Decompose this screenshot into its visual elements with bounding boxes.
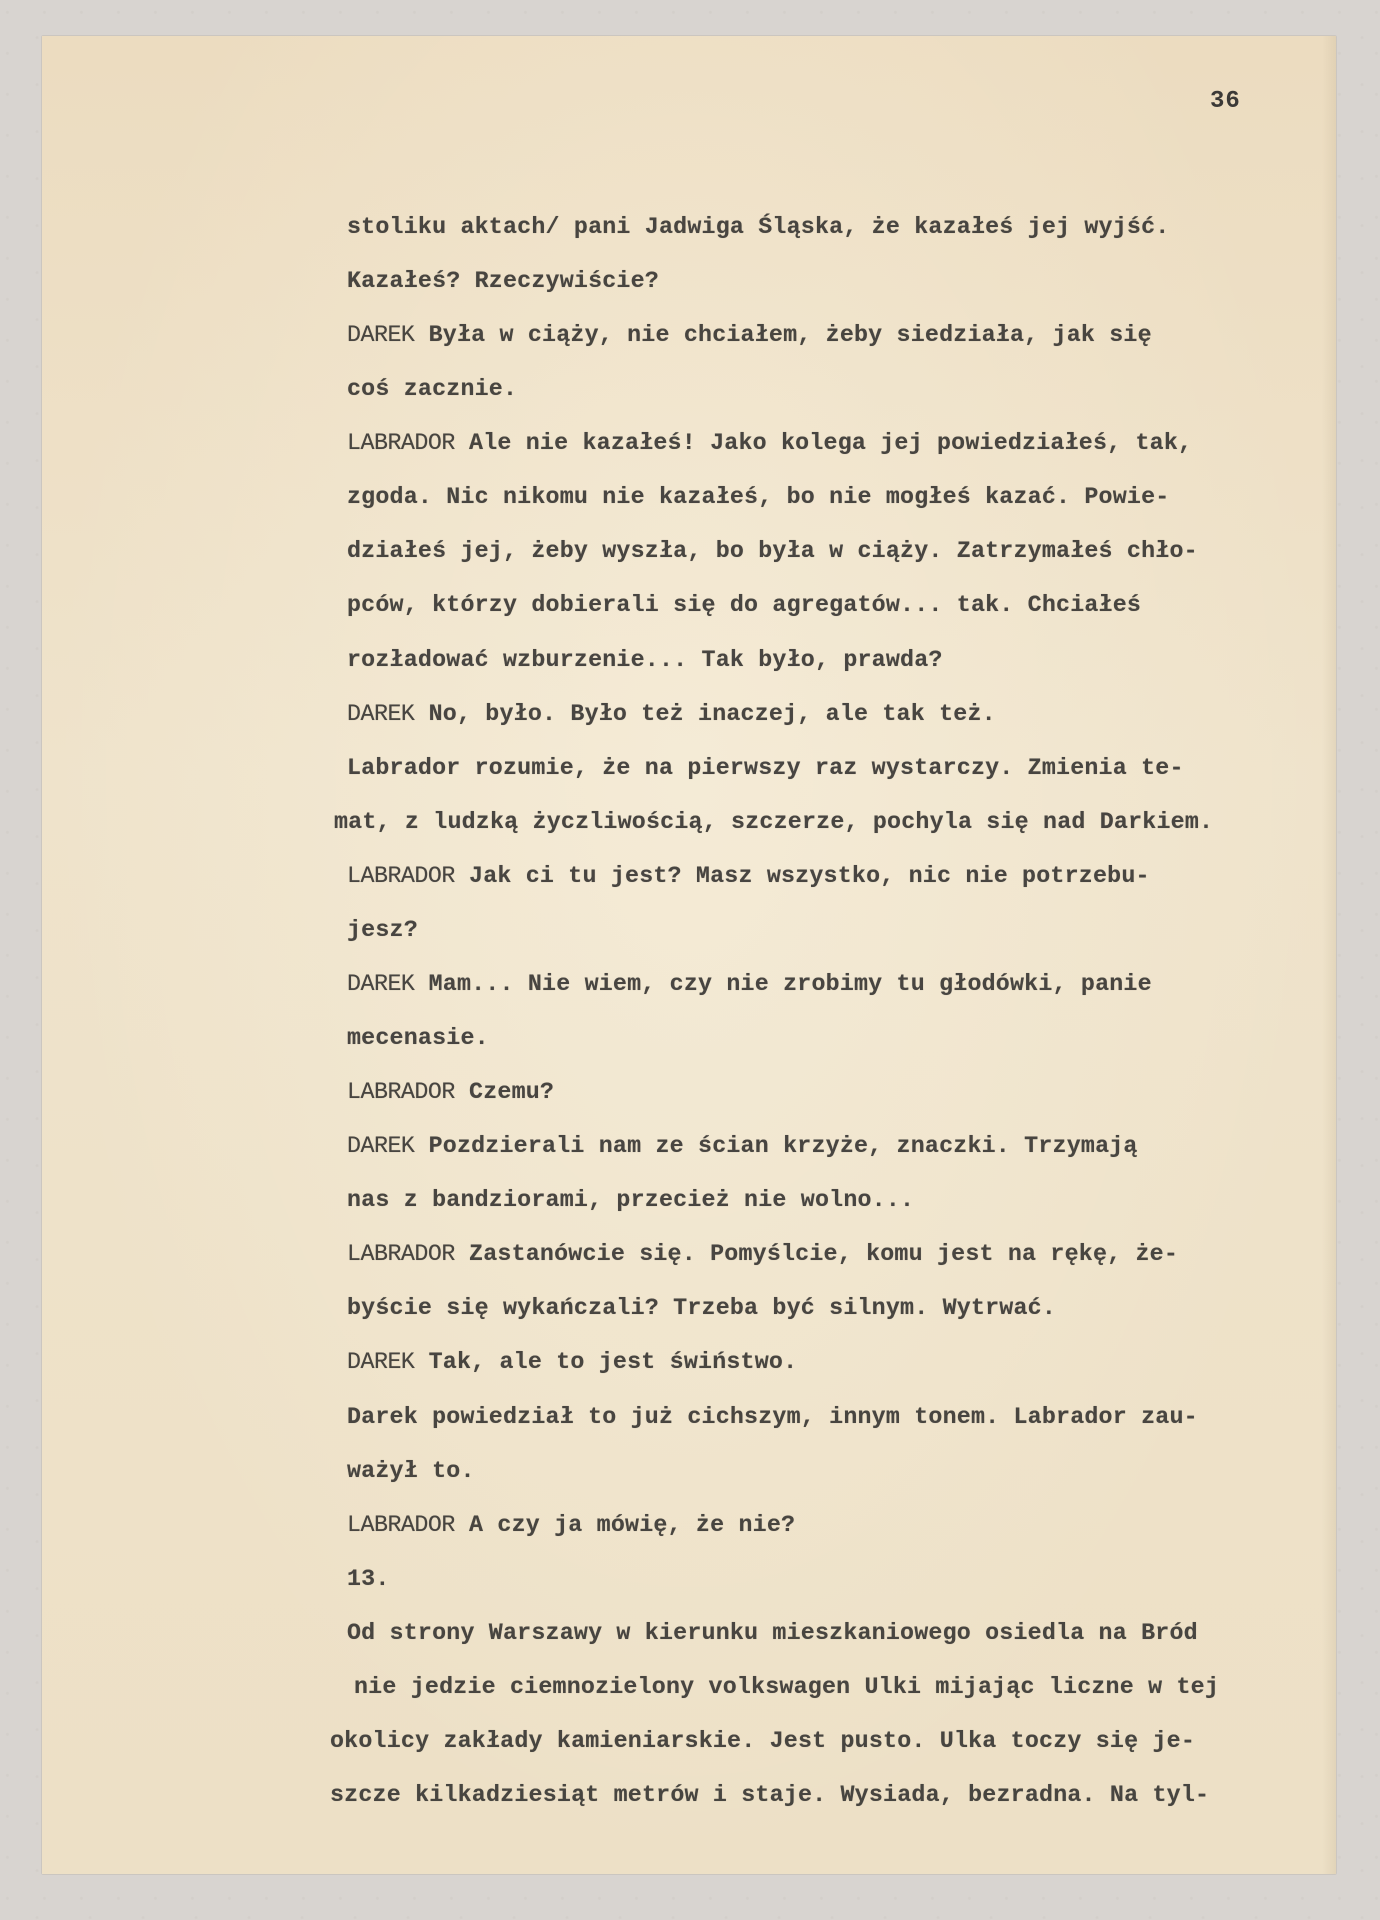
speaker-name: DAREK [347,1133,414,1159]
speaker-name: DAREK [347,1349,414,1375]
dialogue-line: LABRADOR Jak ci tu jest? Masz wszystko, … [347,863,1150,889]
line-text: Mam... Nie wiem, czy nie zrobimy tu głod… [414,971,1151,997]
text-line: zgoda. Nic nikomu nie kazałeś, bo nie mo… [347,484,1169,510]
line-text: Darek powiedział to już cichszym, innym … [347,1404,1198,1430]
text-line: Od strony Warszawy w kierunku mieszkanio… [347,1620,1198,1646]
dialogue-line: DAREK Tak, ale to jest świństwo. [347,1349,797,1375]
text-line: rozładować wzburzenie... Tak było, prawd… [347,647,943,673]
speaker-name: LABRADOR [347,1512,455,1538]
line-text: Była w ciąży, nie chciałem, żeby siedzia… [414,322,1151,348]
dialogue-line: LABRADOR Ale nie kazałeś! Jako kolega je… [347,430,1192,456]
line-text: Czemu? [455,1079,554,1105]
text-line: Darek powiedział to już cichszym, innym … [347,1404,1198,1430]
dialogue-line: DAREK No, było. Było też inaczej, ale ta… [347,701,996,727]
typewritten-page: 36 [42,36,1336,1874]
line-text: ważył to. [347,1458,475,1484]
line-text: Od strony Warszawy w kierunku mieszkanio… [347,1620,1198,1646]
line-text: działeś jej, żeby wyszła, bo była w ciąż… [347,538,1198,564]
text-line: 13. [347,1566,390,1592]
line-text: Jak ci tu jest? Masz wszystko, nic nie p… [455,863,1150,889]
line-text: stoliku aktach/ pani Jadwiga Śląska, że … [347,214,1169,240]
line-text: zgoda. Nic nikomu nie kazałeś, bo nie mo… [347,484,1169,510]
text-line: coś zacznie. [347,376,517,402]
dialogue-line: DAREK Pozdzierali nam ze ścian krzyże, z… [347,1133,1138,1159]
speaker-name: LABRADOR [347,863,455,889]
line-text: pców, którzy dobierali się do agregatów.… [347,592,1141,618]
dialogue-line: DAREK Była w ciąży, nie chciałem, żeby s… [347,322,1152,348]
text-line: pców, którzy dobierali się do agregatów.… [347,592,1141,618]
text-line: stoliku aktach/ pani Jadwiga Śląska, że … [347,214,1169,240]
speaker-name: LABRADOR [347,430,455,456]
text-line: nas z bandziorami, przecież nie wolno... [347,1187,914,1213]
dialogue-line: LABRADOR A czy ja mówię, że nie? [347,1512,795,1538]
text-line: działeś jej, żeby wyszła, bo była w ciąż… [347,538,1198,564]
text-line: szcze kilkadziesiąt metrów i staje. Wysi… [330,1782,1209,1808]
line-text: coś zacznie. [347,376,517,402]
line-text: szcze kilkadziesiąt metrów i staje. Wysi… [330,1782,1209,1808]
speaker-name: LABRADOR [347,1079,455,1105]
line-text: Kazałeś? Rzeczywiście? [347,268,659,294]
text-line: byście się wykańczali? Trzeba być silnym… [347,1295,1056,1321]
text-line: mecenasie. [347,1025,489,1051]
dialogue-line: LABRADOR Zastanówcie się. Pomyślcie, kom… [347,1241,1178,1267]
text-line: Labrador rozumie, że na pierwszy raz wys… [347,755,1184,781]
speaker-name: DAREK [347,322,414,348]
dialogue-line: DAREK Mam... Nie wiem, czy nie zrobimy t… [347,971,1152,997]
text-line: Kazałeś? Rzeczywiście? [347,268,659,294]
line-text: mat, z ludzką życzliwością, szczerze, po… [334,809,1213,835]
line-text: nas z bandziorami, przecież nie wolno... [347,1187,914,1213]
speaker-name: DAREK [347,701,414,727]
line-text: nie jedzie ciemnozielony volkswagen Ulki… [354,1674,1219,1700]
line-text: Zastanówcie się. Pomyślcie, komu jest na… [455,1241,1178,1267]
speaker-name: LABRADOR [347,1241,455,1267]
dialogue-line: LABRADOR Czemu? [347,1079,554,1105]
text-line: jesz? [347,917,418,943]
line-text: byście się wykańczali? Trzeba być silnym… [347,1295,1056,1321]
speaker-name: DAREK [347,971,414,997]
line-text: 13. [347,1566,390,1592]
line-text: jesz? [347,917,418,943]
line-text: Labrador rozumie, że na pierwszy raz wys… [347,755,1184,781]
text-line: mat, z ludzką życzliwością, szczerze, po… [334,809,1213,835]
text-line: nie jedzie ciemnozielony volkswagen Ulki… [354,1674,1219,1700]
line-text: Tak, ale to jest świństwo. [414,1349,797,1375]
text-line: okolicy zakłady kamieniarskie. Jest pust… [330,1728,1195,1754]
line-text: A czy ja mówię, że nie? [455,1512,795,1538]
text-line: ważył to. [347,1458,475,1484]
line-text: okolicy zakłady kamieniarskie. Jest pust… [330,1728,1195,1754]
line-text: rozładować wzburzenie... Tak było, prawd… [347,647,943,673]
page-number: 36 [1210,88,1241,115]
line-text: Ale nie kazałeś! Jako kolega jej powiedz… [455,430,1192,456]
line-text: Pozdzierali nam ze ścian krzyże, znaczki… [414,1133,1137,1159]
line-text: mecenasie. [347,1025,489,1051]
line-text: No, było. Było też inaczej, ale tak też. [414,701,995,727]
